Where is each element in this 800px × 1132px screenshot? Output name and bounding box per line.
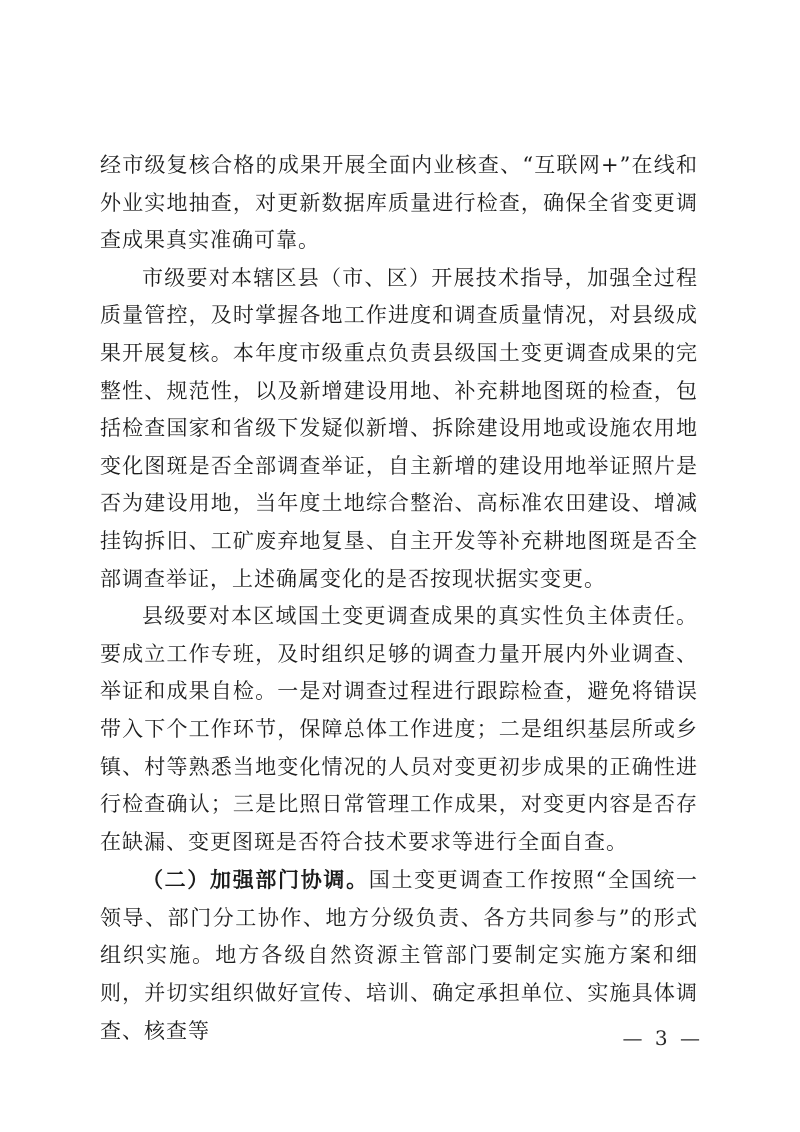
body-paragraph: （二）加强部门协调。国土变更调查工作按照“全国统一领导、部门分工协作、地方分级负… bbox=[100, 861, 698, 1050]
paragraph-text: 国土变更调查工作按照“全国统一领导、部门分工协作、地方分级负责、各方共同参与”的… bbox=[100, 868, 698, 1042]
body-paragraph: 县级要对本区域国土变更调查成果的真实性负主体责任。要成立工作专班，及时组织足够的… bbox=[100, 598, 698, 861]
body-paragraph: 市级要对本辖区县（市、区）开展技术指导，加强全过程质量管控，及时掌握各地工作进度… bbox=[100, 260, 698, 598]
document-page: 经市级复核合格的成果开展全面内业核查、“互联网+”在线和外业实地抽查，对更新数据… bbox=[0, 0, 800, 1132]
paragraph-bold-heading: （二）加强部门协调。 bbox=[142, 867, 369, 892]
page-number: — 3 — bbox=[623, 1026, 703, 1050]
body-paragraph: 经市级复核合格的成果开展全面内业核查、“互联网+”在线和外业实地抽查，对更新数据… bbox=[100, 147, 698, 260]
document-body: 经市级复核合格的成果开展全面内业核查、“互联网+”在线和外业实地抽查，对更新数据… bbox=[100, 147, 698, 1050]
